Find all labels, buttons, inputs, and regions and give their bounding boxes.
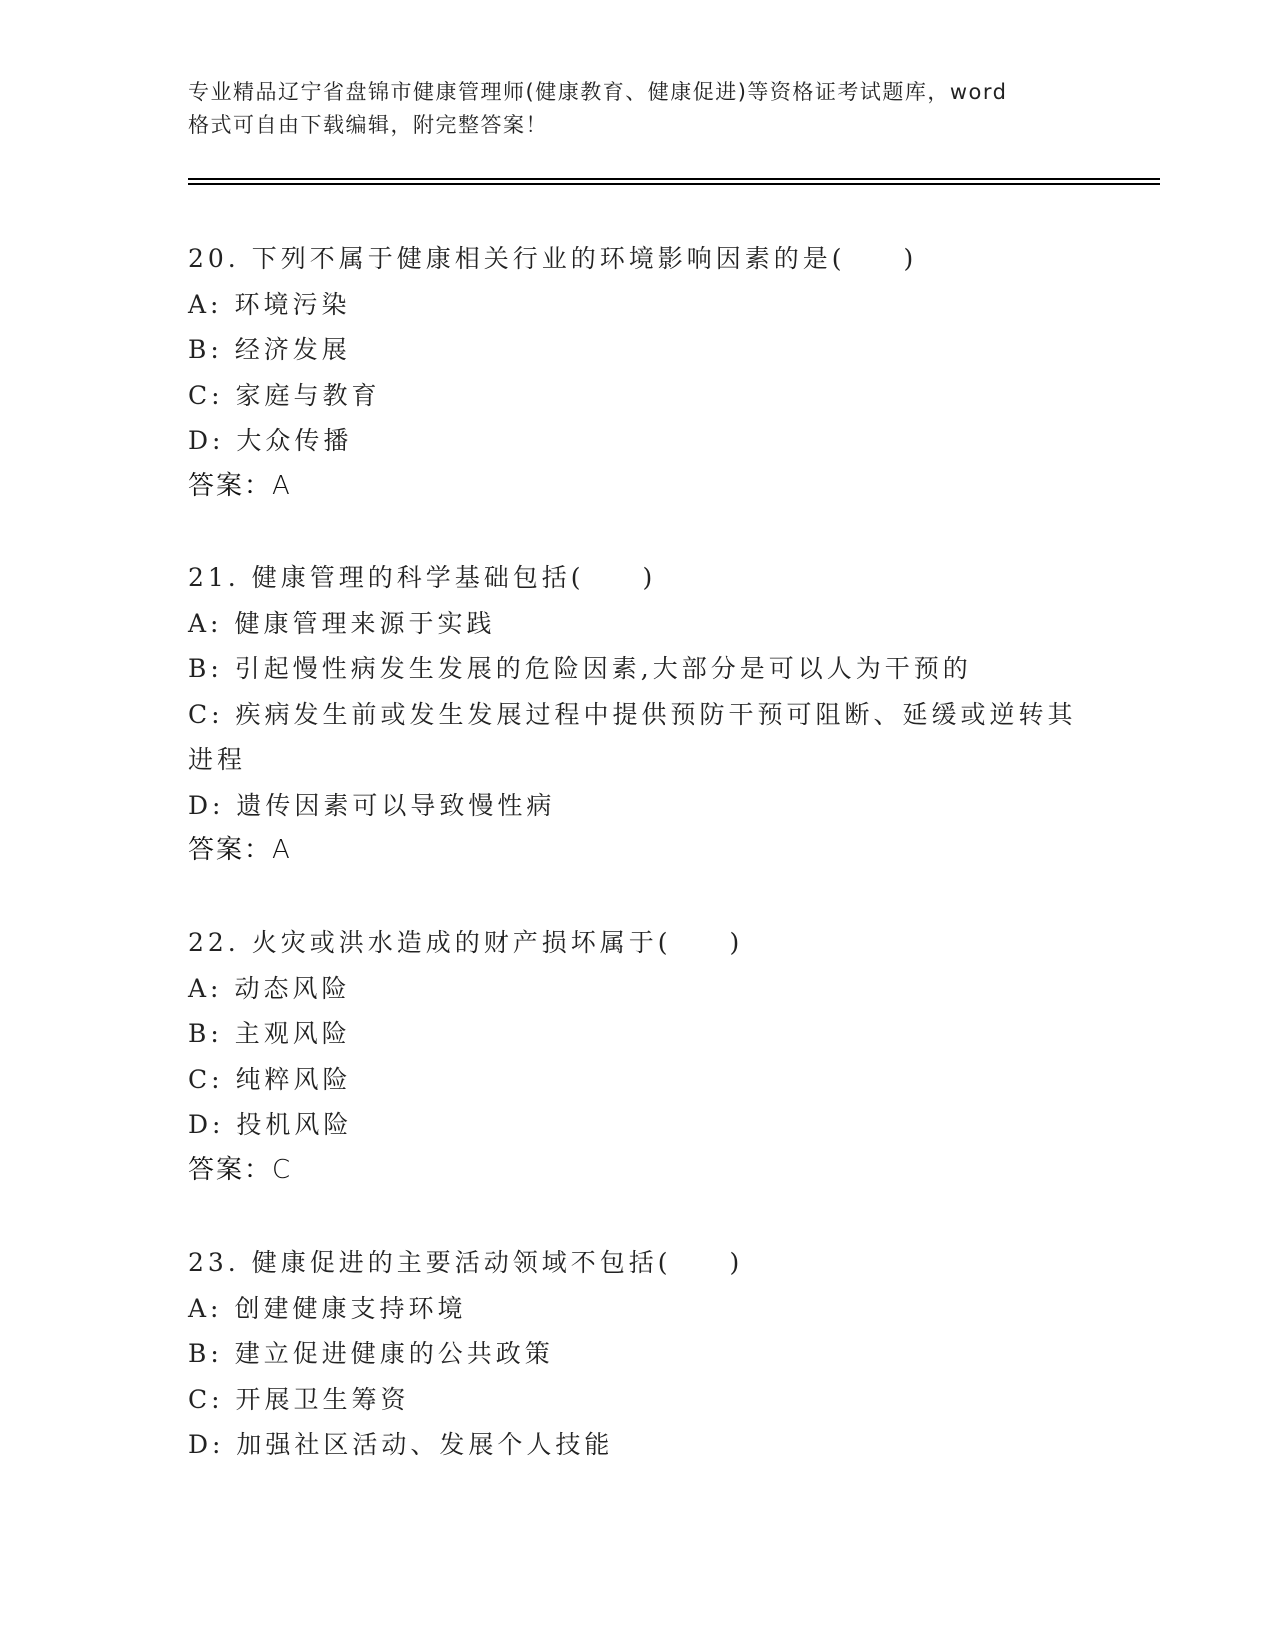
option-label: C: (188, 700, 224, 729)
header-line-2: 格式可自由下载编辑，附完整答案！ (188, 109, 1088, 142)
question-text: 下列不属于健康相关行业的环境影响因素的是( ) (252, 244, 918, 273)
question-number: 21. (188, 563, 240, 592)
option-b: B: 引起慢性病发生发展的危险因素,大部分是可以人为干预的 (188, 646, 1088, 692)
option-label: D: (188, 426, 224, 455)
double-rule-divider (188, 178, 1160, 185)
option-b: B: 经济发展 (188, 327, 1088, 373)
question-stem: 21.健康管理的科学基础包括( ) (188, 555, 1088, 601)
question-number: 22. (188, 928, 240, 957)
option-label: A: (188, 290, 222, 319)
option-label: B: (188, 654, 223, 683)
option-label: D: (188, 1430, 224, 1459)
option-label: D: (188, 791, 224, 820)
option-d: D: 加强社区活动、发展个人技能 (188, 1422, 1088, 1468)
option-c: C: 纯粹风险 (188, 1057, 1088, 1103)
option-text: 投机风险 (236, 1110, 352, 1139)
option-b: B: 建立促进健康的公共政策 (188, 1331, 1088, 1377)
question-23: 23.健康促进的主要活动领域不包括( ) A: 创建健康支持环境 B: 建立促进… (188, 1240, 1088, 1468)
option-label: A: (188, 974, 222, 1003)
option-label: D: (188, 1110, 224, 1139)
option-text: 遗传因素可以导致慢性病 (236, 791, 555, 820)
rule-line-top (188, 178, 1160, 180)
option-text: 疾病发生前或发生发展过程中提供预防干预可阻断、延缓或逆转其进程 (188, 700, 1077, 775)
question-text: 健康管理的科学基础包括( ) (252, 563, 657, 592)
answer: 答案：C (188, 1148, 1088, 1194)
option-b: B: 主观风险 (188, 1011, 1088, 1057)
question-text: 健康促进的主要活动领域不包括( ) (252, 1248, 744, 1277)
question-text: 火灾或洪水造成的财产损坏属于( ) (252, 928, 744, 957)
option-text: 动态风险 (234, 974, 350, 1003)
answer: 答案：A (188, 828, 1088, 874)
option-text: 健康管理来源于实践 (234, 609, 495, 638)
option-text: 开展卫生筹资 (236, 1385, 410, 1414)
question-stem: 22.火灾或洪水造成的财产损坏属于( ) (188, 920, 1088, 966)
question-stem: 23.健康促进的主要活动领域不包括( ) (188, 1240, 1088, 1286)
option-text: 主观风险 (235, 1019, 351, 1048)
option-label: C: (188, 1065, 224, 1094)
option-text: 家庭与教育 (236, 381, 381, 410)
option-d: D: 遗传因素可以导致慢性病 (188, 783, 1088, 829)
question-22: 22.火灾或洪水造成的财产损坏属于( ) A: 动态风险 B: 主观风险 C: … (188, 920, 1088, 1193)
option-label: C: (188, 1385, 224, 1414)
option-text: 纯粹风险 (236, 1065, 352, 1094)
option-label: A: (188, 1294, 222, 1323)
option-text: 经济发展 (235, 335, 351, 364)
rule-line-bottom (188, 183, 1160, 185)
option-c: C: 疾病发生前或发生发展过程中提供预防干预可阻断、延缓或逆转其进程 (188, 692, 1088, 783)
question-number: 23. (188, 1248, 240, 1277)
option-label: C: (188, 381, 224, 410)
question-20: 20.下列不属于健康相关行业的环境影响因素的是( ) A: 环境污染 B: 经济… (188, 236, 1088, 509)
option-text: 创建健康支持环境 (234, 1294, 466, 1323)
option-text: 加强社区活动、发展个人技能 (236, 1430, 613, 1459)
option-a: A: 创建健康支持环境 (188, 1286, 1088, 1332)
option-d: D: 大众传播 (188, 418, 1088, 464)
option-text: 环境污染 (234, 290, 350, 319)
question-21: 21.健康管理的科学基础包括( ) A: 健康管理来源于实践 B: 引起慢性病发… (188, 555, 1088, 874)
answer: 答案：A (188, 464, 1088, 510)
option-text: 引起慢性病发生发展的危险因素,大部分是可以人为干预的 (235, 654, 972, 683)
option-text: 大众传播 (236, 426, 352, 455)
option-c: C: 家庭与教育 (188, 373, 1088, 419)
option-d: D: 投机风险 (188, 1102, 1088, 1148)
option-label: A: (188, 609, 222, 638)
option-a: A: 动态风险 (188, 966, 1088, 1012)
question-number: 20. (188, 244, 240, 273)
option-label: B: (188, 1339, 223, 1368)
option-text: 建立促进健康的公共政策 (235, 1339, 554, 1368)
option-label: B: (188, 1019, 223, 1048)
header-line-1: 专业精品辽宁省盘锦市健康管理师(健康教育、健康促进)等资格证考试题库，word (188, 76, 1088, 109)
option-a: A: 环境污染 (188, 282, 1088, 328)
option-label: B: (188, 335, 223, 364)
question-stem: 20.下列不属于健康相关行业的环境影响因素的是( ) (188, 236, 1088, 282)
option-a: A: 健康管理来源于实践 (188, 601, 1088, 647)
document-header: 专业精品辽宁省盘锦市健康管理师(健康教育、健康促进)等资格证考试题库，word … (188, 76, 1088, 142)
option-c: C: 开展卫生筹资 (188, 1377, 1088, 1423)
